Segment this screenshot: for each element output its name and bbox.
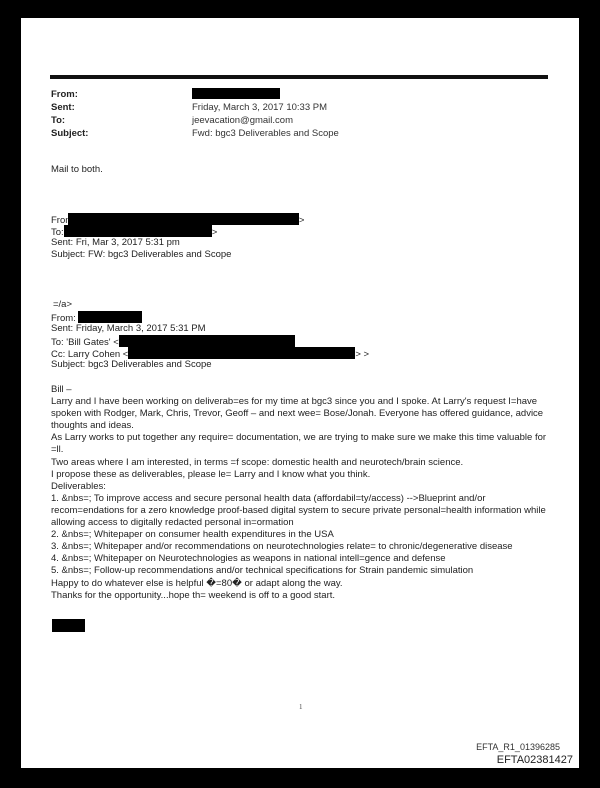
to-value: jeevacation@gmail.com (192, 114, 293, 127)
header-sent-row: Sent: Friday, March 3, 2017 10:33 PM (51, 101, 339, 114)
deliverable-item: 2. &nbs=; Whitepaper on consumer health … (51, 529, 551, 541)
deliverable-item-cont: recom=endations for a zero knowledge pro… (51, 505, 551, 517)
body-line: Thanks for the opportunity...hope th= we… (51, 590, 551, 602)
fwd1-from-redaction (68, 213, 299, 225)
body-line: thoughts and ideas. (51, 420, 551, 432)
deliverable-item-cont: allowing access to digitally redacted pe… (51, 517, 551, 529)
from-label: From: (51, 88, 192, 101)
deliverable-item: 1. &nbs=; To improve access and secure p… (51, 493, 551, 505)
email-header: From: Sent: Friday, March 3, 2017 10:33 … (51, 88, 339, 140)
subject-label: Subject: (51, 127, 192, 140)
sent-value: Friday, March 3, 2017 10:33 PM (192, 101, 327, 114)
fwd2-sent: Sent: Friday, March 3, 2017 5:31 PM (51, 323, 206, 335)
header-rule (50, 75, 548, 79)
page-number: 1 (299, 703, 303, 711)
body-line: spoken with Rodger, Mark, Chris, Trevor,… (51, 408, 551, 420)
subject-value: Fwd: bgc3 Deliverables and Scope (192, 127, 339, 140)
body-line: I propose these as deliverables, please … (51, 469, 551, 481)
header-subject-row: Subject: Fwd: bgc3 Deliverables and Scop… (51, 127, 339, 140)
from-redaction (192, 88, 280, 101)
email-body: Bill – Larry and I have been working on … (51, 384, 551, 602)
fwd2-to-redaction (119, 335, 295, 347)
fwd1-subject: Subject: FW: bgc3 Deliverables and Scope (51, 249, 231, 261)
body-line: Two areas where I am interested, in term… (51, 457, 551, 469)
header-to-row: To: jeevacation@gmail.com (51, 114, 339, 127)
body-line: Bill – (51, 384, 551, 396)
intro-line: Mail to both. (51, 164, 103, 176)
deliverable-item: 3. &nbs=; Whitepaper and/or recommendati… (51, 541, 551, 553)
header-from-row: From: (51, 88, 339, 101)
body-line: Happy to do whatever else is helpful �=8… (51, 578, 551, 590)
body-line: Larry and I have been working on deliver… (51, 396, 551, 408)
fwd2-cc-redaction (128, 347, 355, 359)
fwd2-from-redaction (78, 311, 142, 323)
html-artifact: =/a> (53, 299, 72, 311)
body-line: As Larry works to put together any requi… (51, 432, 551, 444)
bates-stamp-secondary: EFTA02381427 (497, 754, 573, 766)
fwd2-subject: Subject: bgc3 Deliverables and Scope (51, 359, 212, 371)
bates-stamp-primary: EFTA_R1_01396285 (476, 742, 560, 752)
body-line: Deliverables: (51, 481, 551, 493)
signature-redaction (52, 619, 85, 632)
to-label: To: (51, 114, 192, 127)
fwd1-to-tail: > (212, 227, 218, 238)
deliverable-item: 4. &nbs=; Whitepaper on Neurotechnologie… (51, 553, 551, 565)
document-page: From: Sent: Friday, March 3, 2017 10:33 … (21, 18, 579, 768)
deliverable-item: 5. &nbs=; Follow-up recommendations and/… (51, 565, 551, 577)
fwd1-from-tail: > (299, 215, 305, 226)
fwd2-cc-tail: > > (355, 349, 369, 360)
body-line: =ll. (51, 444, 551, 456)
fwd1-to-redaction (64, 225, 212, 237)
sent-label: Sent: (51, 101, 192, 114)
fwd1-sent: Sent: Fri, Mar 3, 2017 5:31 pm (51, 237, 180, 249)
